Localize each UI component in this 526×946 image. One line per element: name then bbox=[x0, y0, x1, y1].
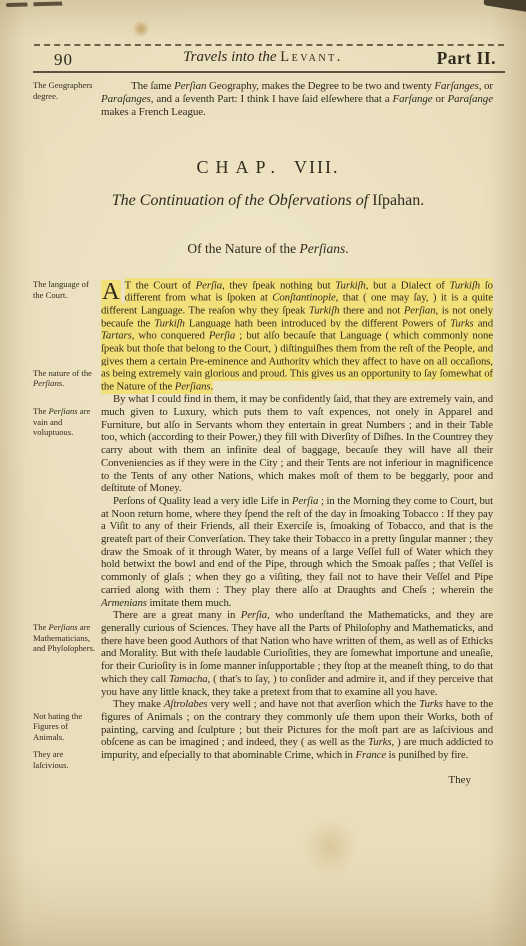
paper-stain-small bbox=[132, 21, 150, 37]
paragraph-text: Perſons of Quality lead a very idle Life… bbox=[101, 495, 493, 609]
body-paragraph: Perſons of Quality lead a very idle Life… bbox=[101, 495, 493, 609]
margin-note: The language of the Court. bbox=[33, 279, 96, 300]
margin-note: They are laſcivious. bbox=[33, 749, 96, 770]
part-label: Part II. bbox=[437, 48, 496, 69]
intro-text-block: The Geographers degree.The ſame Perſian … bbox=[101, 80, 493, 119]
body-text-block: The language of the Court.The nature of … bbox=[101, 279, 493, 786]
paragraph-text: By what I could find in them, it may be … bbox=[101, 393, 493, 494]
paragraph-text: The ſame Perſian Geography, makes the De… bbox=[101, 80, 493, 118]
margin-note: The Perſians are Mathematicians, and Phy… bbox=[33, 622, 96, 654]
margin-note: The Perſians are vain and voluptuous. bbox=[33, 406, 96, 438]
page-header: 90 Travels into the Levant. Part II. bbox=[0, 46, 526, 72]
margin-note: The nature of the Perſians. bbox=[33, 368, 96, 389]
body-paragraph: The Perſians are Mathematicians, and Phy… bbox=[101, 609, 493, 698]
margin-note: The Geographers degree. bbox=[33, 80, 96, 101]
paragraph-text: They make Aſtrolabes very well ; and hav… bbox=[101, 698, 493, 761]
body-paragraph: The Geographers degree.The ſame Perſian … bbox=[101, 80, 493, 119]
section-heading: Of the Nature of the Perſians. bbox=[28, 241, 508, 257]
body-paragraph: The Perſians are vain and voluptuous.By … bbox=[101, 393, 493, 495]
header-rule-solid bbox=[33, 71, 505, 73]
paper-stain-large bbox=[298, 820, 362, 874]
book-page: 90 Travels into the Levant. Part II. The… bbox=[0, 0, 526, 946]
margin-note: Not hating the Figures of Animals. bbox=[33, 711, 96, 743]
catchword: They bbox=[101, 774, 493, 786]
chapter-label: CHAP. bbox=[196, 157, 282, 177]
ink-mark-top-left bbox=[6, 1, 82, 7]
body-paragraph: The language of the Court.The nature of … bbox=[101, 279, 493, 393]
paragraph-text: T the Court of Perſia, they ſpeak nothin… bbox=[101, 278, 493, 395]
chapter-numeral: VIII. bbox=[294, 157, 339, 177]
paragraph-text: There are a great many in Perſia, who un… bbox=[101, 609, 493, 697]
chapter-heading: CHAP.VIII. bbox=[28, 157, 508, 178]
ink-mark-top-right bbox=[483, 0, 526, 13]
body-paragraph: Not hating the Figures of Animals.They a… bbox=[101, 698, 493, 762]
drop-cap: A bbox=[101, 280, 121, 303]
chapter-subtitle: The Continuation of the Obſervations of … bbox=[28, 192, 508, 210]
